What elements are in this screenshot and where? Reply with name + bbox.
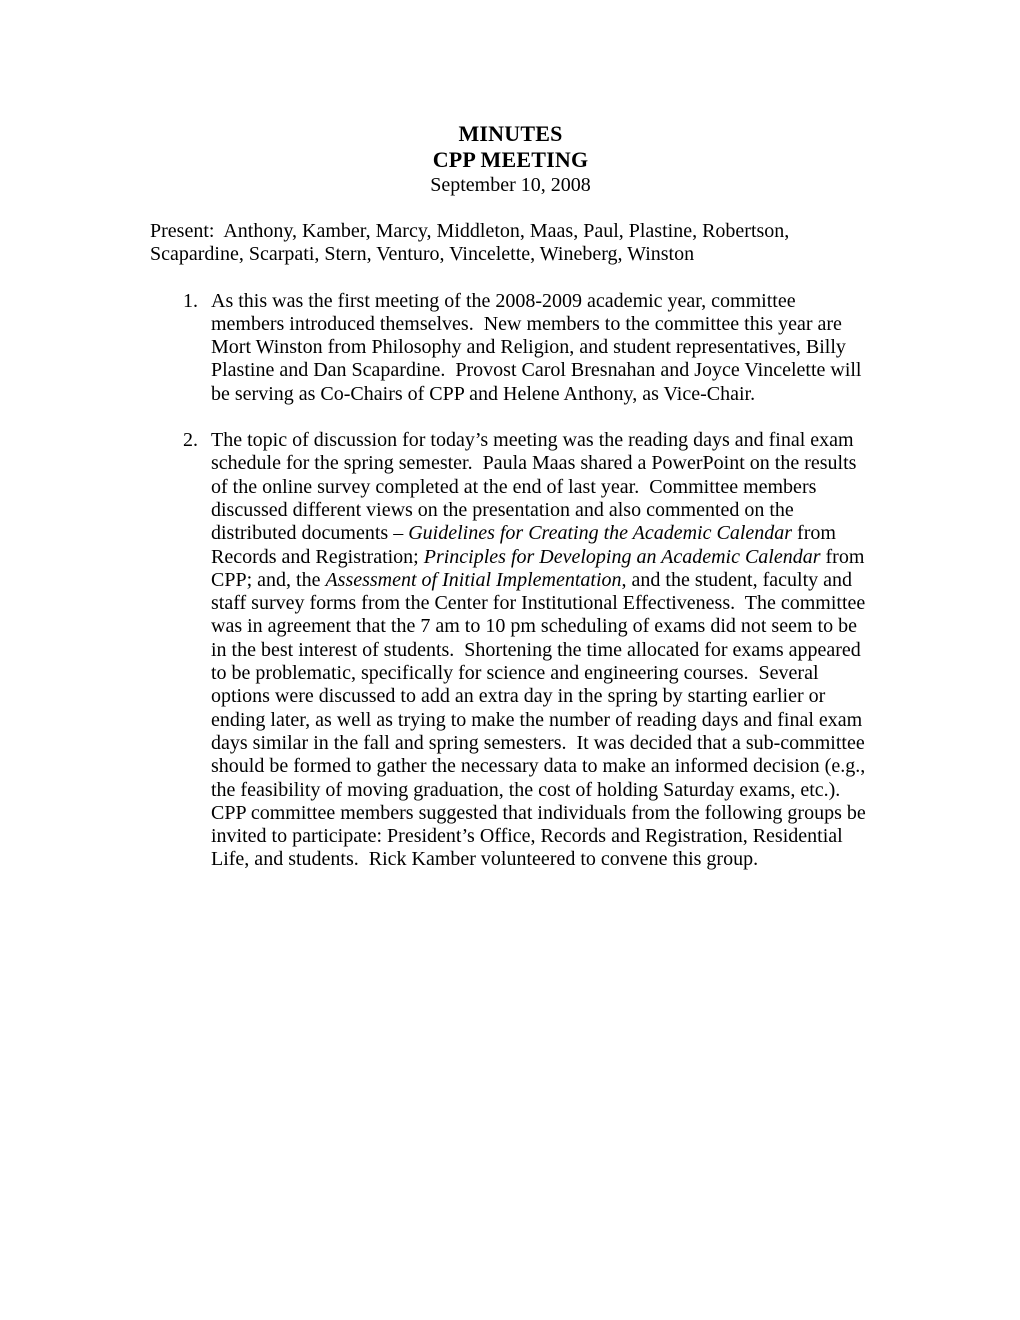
- text-segment-italic: Principles for Developing an Academic Ca…: [424, 546, 821, 568]
- document-title: MINUTES: [150, 121, 871, 147]
- document-subtitle: CPP MEETING: [150, 147, 871, 173]
- present-paragraph: Present: Anthony, Kamber, Marcy, Middlet…: [150, 220, 871, 267]
- item-number: 1.: [150, 290, 211, 406]
- document-page: MINUTES CPP MEETING September 10, 2008 P…: [0, 0, 1020, 1320]
- item-text: As this was the first meeting of the 200…: [211, 290, 871, 406]
- document-date: September 10, 2008: [150, 173, 871, 198]
- minutes-item-2: 2. The topic of discussion for today’s m…: [150, 429, 871, 872]
- text-segment: , and the student, faculty and staff sur…: [211, 569, 871, 871]
- title-block: MINUTES CPP MEETING September 10, 2008: [150, 121, 871, 198]
- item-number: 2.: [150, 429, 211, 872]
- item-text: The topic of discussion for today’s meet…: [211, 429, 871, 872]
- text-segment-italic: Assessment of Initial Implementation: [325, 569, 621, 591]
- minutes-list: 1. As this was the first meeting of the …: [150, 290, 871, 872]
- text-segment-italic: Guidelines for Creating the Academic Cal…: [408, 522, 792, 544]
- text-segment: As this was the first meeting of the 200…: [211, 290, 867, 405]
- document-content: MINUTES CPP MEETING September 10, 2008 P…: [150, 121, 871, 872]
- minutes-item-1: 1. As this was the first meeting of the …: [150, 290, 871, 406]
